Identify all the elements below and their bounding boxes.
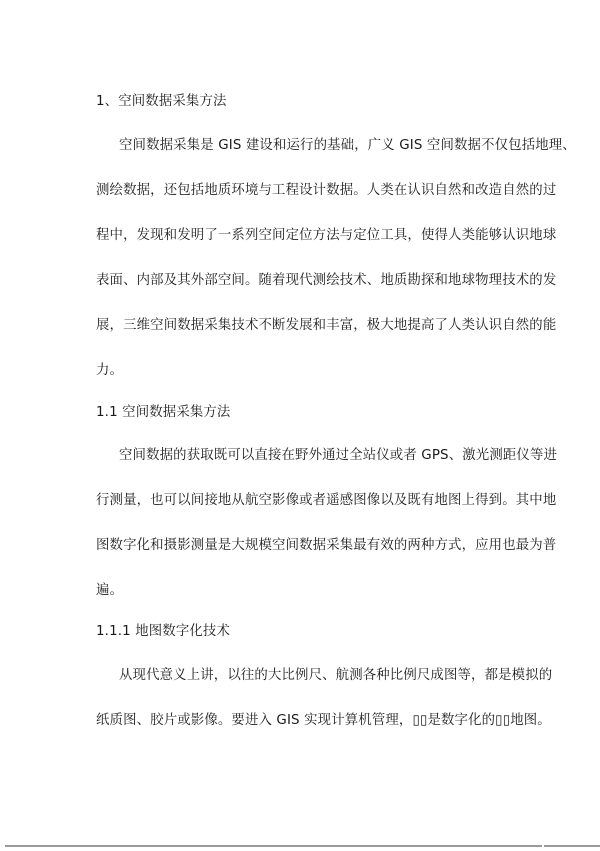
paragraph-line: 遍。 [96,582,123,600]
divider-gap [542,844,544,848]
heading-section-1-1: 1.1 空间数据采集方法 [96,404,230,422]
paragraph-line: 程中，发现和发明了一系列空间定位方法与定位工具，使得人类能够认识地球 [96,227,556,245]
paragraph-line: 表面、内部及其外部空间。随着现代测绘技术、地质勘探和地球物理技术的发 [96,272,556,290]
paragraph-line: 行测量，也可以间接地从航空影像或者遥感图像以及既有地图上得到。其中地 [96,492,556,510]
page-bottom-divider [5,845,600,847]
heading-section-1: 1、空间数据采集方法 [96,93,227,111]
paragraph-line: 纸质图、胶片或影像。要进入 GIS 实现计算机管理，▯▯是数字化的▯▯地图。 [96,712,551,730]
heading-section-1-1-1: 1.1.1 地图数字化技术 [96,623,230,641]
paragraph-line: 空间数据采集是 GIS 建设和运行的基础，广义 GIS 空间数据不仅包括地理、 [119,137,576,155]
paragraph-line: 测绘数据，还包括地质环境与工程设计数据。人类在认识自然和改造自然的过 [96,182,556,200]
paragraph-line: 空间数据的获取既可以直接在野外通过全站仪或者 GPS、激光测距仪等进 [119,447,557,465]
paragraph-line: 展，三维空间数据采集技术不断发展和丰富，极大地提高了人类认识自然的能 [96,317,556,335]
paragraph-line: 力。 [96,362,123,380]
paragraph-line: 图数字化和摄影测量是大规模空间数据采集最有效的两种方式，应用也最为普 [96,537,556,555]
document-page: 1、空间数据采集方法 空间数据采集是 GIS 建设和运行的基础，广义 GIS 空… [0,0,600,851]
paragraph-line: 从现代意义上讲，以往的大比例尺、航测各种比例尺成图等，都是模拟的 [119,667,552,685]
